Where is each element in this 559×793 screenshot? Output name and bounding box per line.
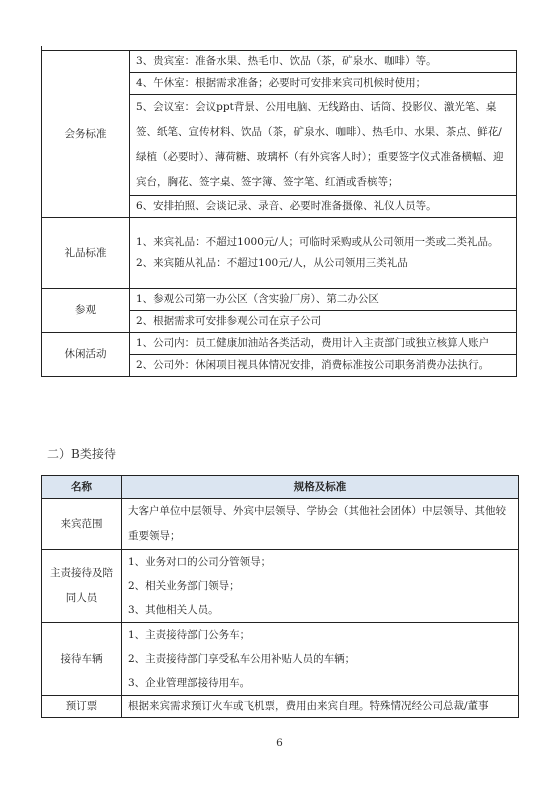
table-row: 接待车辆 1、主责接待部门公务车； 2、主责接待部门享受私车公用补贴人员的车辆；… — [42, 623, 519, 696]
document-page: 会务标准 3、贵宾室：准备水果、热毛巾、饮品（茶，矿泉水、咖啡）等。 4、午休室… — [0, 0, 559, 793]
table-row: 会务标准 3、贵宾室：准备水果、热毛巾、饮品（茶，矿泉水、咖啡）等。 — [42, 51, 517, 73]
section-title: 二）B类接待 — [47, 445, 116, 462]
row-label-vehicles: 接待车辆 — [42, 623, 122, 696]
row-label-visit: 参观 — [42, 289, 130, 333]
list-item: 根据来宾需求预订火车或飞机票，费用由来宾自理。特殊情况经公司总裁/董事 — [122, 696, 519, 718]
list-item: 5、会议室：会议ppt背景、公用电脑、无线路由、话筒、投影仪、激光笔、桌签、纸笔… — [130, 95, 517, 196]
row-label-leisure: 休闲活动 — [42, 333, 130, 377]
table-row: 主责接待及陪同人员 1、业务对口的公司分管领导； 2、相关业务部门领导； 3、其… — [42, 550, 519, 623]
row-label-meeting-standard: 会务标准 — [42, 51, 130, 218]
list-item: 大客户单位中层领导、外宾中层领导、学协会（其他社会团体）中层领导、其他较重要领导… — [122, 499, 519, 550]
list-item: 1、主责接待部门公务车； — [128, 623, 512, 647]
row-label-guest-scope: 来宾范围 — [42, 499, 122, 550]
cell-gift-items: 1、来宾礼品：不超过1000元/人；可临时采购或从公司领用一类或二类礼品。 2、… — [130, 218, 517, 289]
list-item: 1、公司内：员工健康加油站各类活动，费用计入主责部门或独立核算人账户 — [130, 333, 517, 355]
table-row: 来宾范围 大客户单位中层领导、外宾中层领导、学协会（其他社会团体）中层领导、其他… — [42, 499, 519, 550]
list-item: 3、企业管理部接待用车。 — [128, 671, 512, 695]
page-number: 6 — [0, 737, 559, 749]
column-header-spec: 规格及标准 — [122, 476, 519, 499]
list-item: 4、午休室：根据需求准备；必要时可安排来宾司机候时使用； — [130, 73, 517, 95]
column-header-name: 名称 — [42, 476, 122, 499]
list-item: 3、其他相关人员。 — [128, 598, 512, 622]
table-row: 休闲活动 1、公司内：员工健康加油站各类活动，费用计入主责部门或独立核算人账户 — [42, 333, 517, 355]
row-label-host-staff: 主责接待及陪同人员 — [42, 550, 122, 623]
list-item: 6、安排拍照、会谈记录、录音、必要时准备摄像、礼仪人员等。 — [130, 196, 517, 218]
row-label-gift-standard: 礼品标准 — [42, 218, 130, 289]
list-item: 1、参观公司第一办公区（含实验厂房）、第二办公区 — [130, 289, 517, 311]
class-b-reception-table: 名称 规格及标准 来宾范围 大客户单位中层领导、外宾中层领导、学协会（其他社会团… — [41, 475, 519, 718]
list-item: 2、来宾随从礼品：不超过100元/人，从公司领用三类礼品 — [136, 253, 510, 274]
list-item: 3、贵宾室：准备水果、热毛巾、饮品（茶，矿泉水、咖啡）等。 — [130, 51, 517, 73]
list-item: 1、来宾礼品：不超过1000元/人；可临时采购或从公司领用一类或二类礼品。 — [136, 232, 510, 253]
cell-vehicle-items: 1、主责接待部门公务车； 2、主责接待部门享受私车公用补贴人员的车辆； 3、企业… — [122, 623, 519, 696]
list-item: 2、主责接待部门享受私车公用补贴人员的车辆； — [128, 647, 512, 671]
table-row: 预订票 根据来宾需求预订火车或飞机票，费用由来宾自理。特殊情况经公司总裁/董事 — [42, 696, 519, 718]
table-header-row: 名称 规格及标准 — [42, 476, 519, 499]
table-row: 礼品标准 1、来宾礼品：不超过1000元/人；可临时采购或从公司领用一类或二类礼… — [42, 218, 517, 289]
row-label-ticket-booking: 预订票 — [42, 696, 122, 718]
list-item: 2、根据需求可安排参观公司在京子公司 — [130, 311, 517, 333]
list-item: 1、业务对口的公司分管领导； — [128, 550, 512, 574]
list-item: 2、公司外：休闲项目视具体情况安排，消费标准按公司职务消费办法执行。 — [130, 355, 517, 377]
list-item: 2、相关业务部门领导； — [128, 574, 512, 598]
cell-host-staff-items: 1、业务对口的公司分管领导； 2、相关业务部门领导； 3、其他相关人员。 — [122, 550, 519, 623]
meeting-standards-table: 会务标准 3、贵宾室：准备水果、热毛巾、饮品（茶，矿泉水、咖啡）等。 4、午休室… — [41, 50, 517, 377]
table-row: 参观 1、参观公司第一办公区（含实验厂房）、第二办公区 — [42, 289, 517, 311]
